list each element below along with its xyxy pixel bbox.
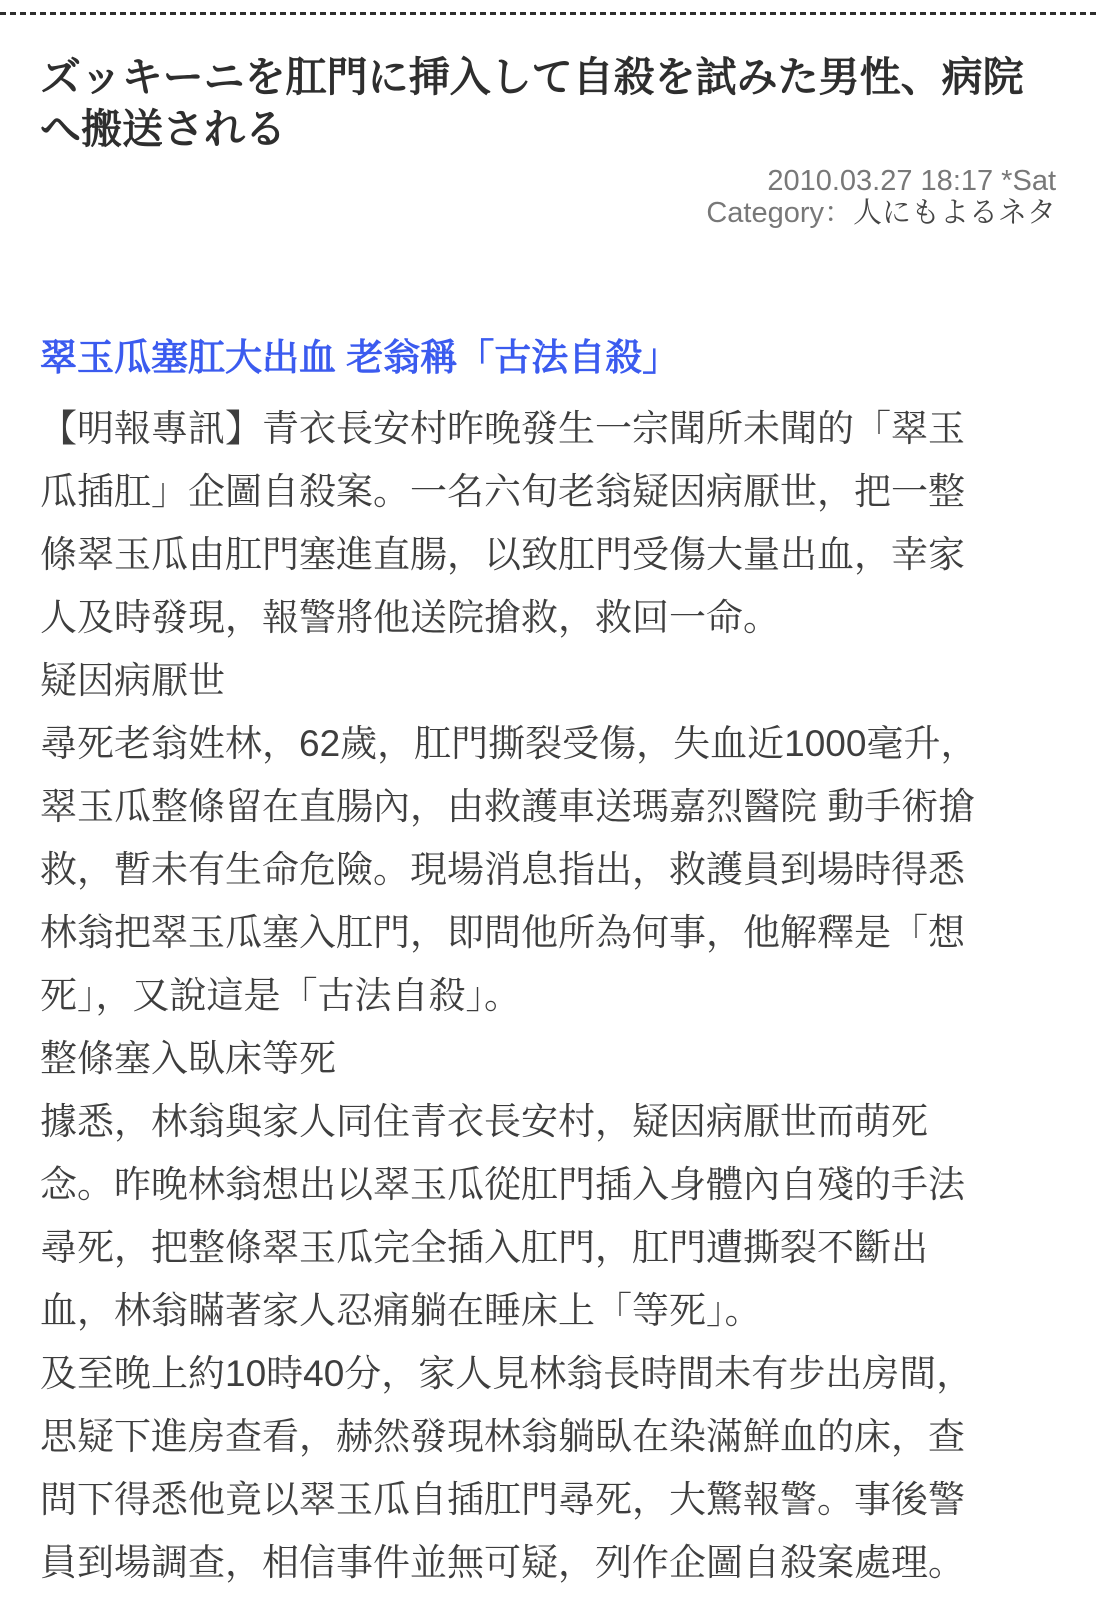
post-date: 2010.03.27 18:17 *Sat: [40, 165, 1056, 197]
article-headline-link[interactable]: 翠玉瓜塞肛大出血 老翁稱「古法自殺」: [40, 335, 1056, 381]
post-category-line: Category：人にもよるネタ: [40, 197, 1056, 229]
article-text: 【明報專訊】青衣長安村昨晚發生一宗聞所未聞的「翠玉 瓜插肛」企圖自殺案。一名六旬…: [40, 397, 1056, 1594]
post-title: ズッキーニを肛門に挿入して自殺を試みた男性、病院 へ搬送される: [40, 51, 1056, 155]
top-dashed-divider: [0, 12, 1096, 15]
category-link[interactable]: 人にもよるネタ: [853, 197, 1056, 229]
article-body: 翠玉瓜塞肛大出血 老翁稱「古法自殺」 【明報專訊】青衣長安村昨晚發生一宗聞所未聞…: [40, 335, 1056, 1594]
blog-post-page: ズッキーニを肛門に挿入して自殺を試みた男性、病院 へ搬送される 2010.03.…: [0, 0, 1096, 1607]
category-label: Category：: [706, 197, 853, 229]
post-meta: 2010.03.27 18:17 *Sat Category：人にもよるネタ: [40, 165, 1056, 229]
